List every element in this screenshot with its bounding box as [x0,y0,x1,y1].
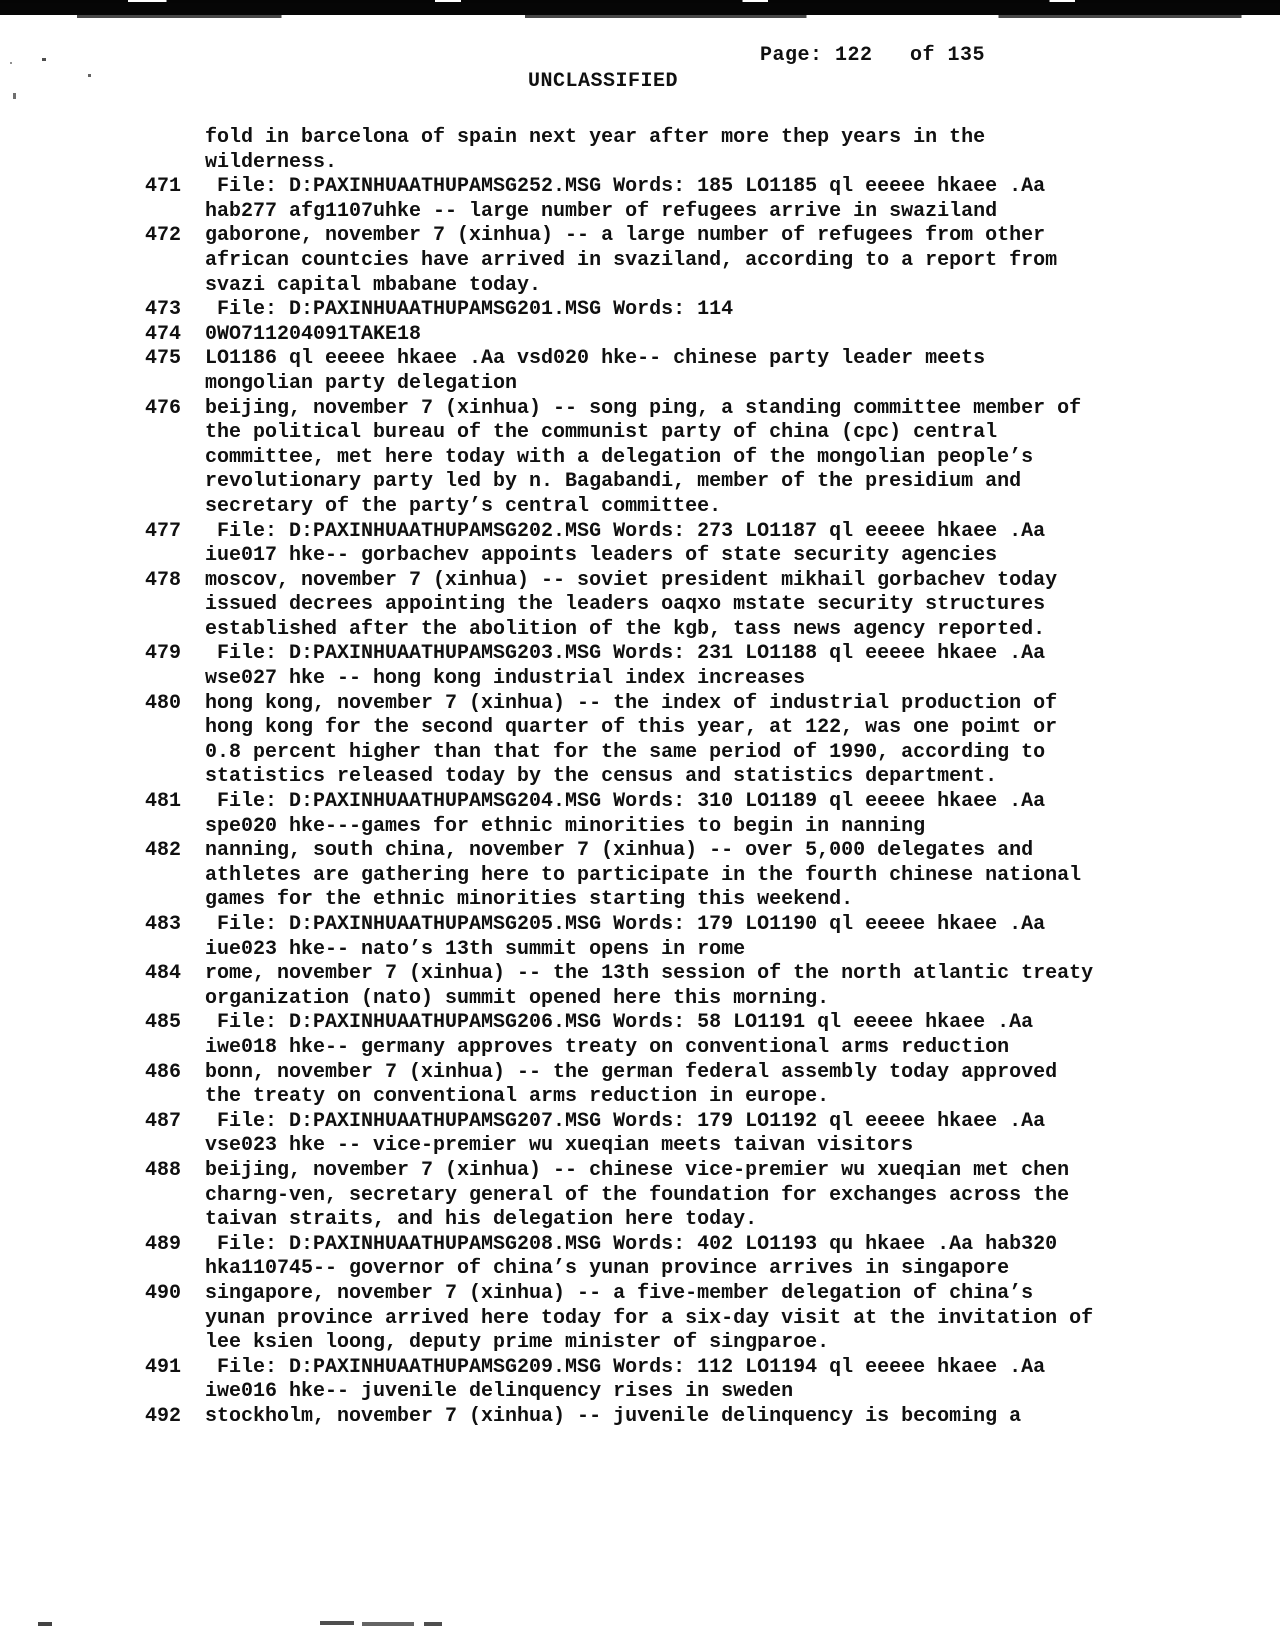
doc-line-text: established after the abolition of the k… [205,618,1045,643]
doc-line: committee, met here today with a delegat… [0,446,1280,471]
doc-line: taivan straits, and his delegation here … [0,1208,1280,1233]
doc-line-text: iue023 hke-- nato’s 13th summit opens in… [205,938,745,963]
doc-line: iue017 hke-- gorbachev appoints leaders … [0,544,1280,569]
doc-line-number: 488 [145,1159,205,1184]
doc-line: 486bonn, november 7 (xinhua) -- the germ… [0,1061,1280,1086]
doc-line-text: secretary of the party’s central committ… [205,495,721,520]
doc-line-text: iwe018 hke-- germany approves treaty on … [205,1036,1009,1061]
doc-line: 487 File: D:PAXINHUAATHUPAMSG207.MSG Wor… [0,1110,1280,1135]
doc-line-number [145,446,205,471]
doc-line-text: the treaty on conventional arms reductio… [205,1085,829,1110]
doc-line-number [145,470,205,495]
doc-line: statistics released today by the census … [0,765,1280,790]
doc-line-number [145,544,205,569]
classification-label: UNCLASSIFIED [528,70,678,93]
doc-line: fold in barcelona of spain next year aft… [0,126,1280,151]
doc-line-text: mongolian party delegation [205,372,517,397]
doc-line-text: hong kong, november 7 (xinhua) -- the in… [205,692,1057,717]
doc-line-text: hab277 afg1107uhke -- large number of re… [205,200,997,225]
doc-line-number [145,1257,205,1282]
doc-line-number: 473 [145,298,205,323]
doc-line: the political bureau of the communist pa… [0,421,1280,446]
doc-line-number [145,618,205,643]
doc-line: 492stockholm, november 7 (xinhua) -- juv… [0,1405,1280,1430]
doc-line: 485 File: D:PAXINHUAATHUPAMSG206.MSG Wor… [0,1011,1280,1036]
doc-line-number: 491 [145,1356,205,1381]
doc-line-text: revolutionary party led by n. Bagabandi,… [205,470,1021,495]
doc-line-text: organization (nato) summit opened here t… [205,987,829,1012]
doc-line: hong kong for the second quarter of this… [0,716,1280,741]
doc-line-text: hka110745-- governor of china’s yunan pr… [205,1257,1009,1282]
doc-line-number: 475 [145,347,205,372]
doc-line-number [145,1208,205,1233]
scan-speck [10,62,12,64]
doc-line: issued decrees appointing the leaders oa… [0,593,1280,618]
doc-line-text: spe020 hke---games for ethnic minorities… [205,815,925,840]
doc-line-number [145,864,205,889]
doc-line-number [145,1331,205,1356]
doc-line-text: beijing, november 7 (xinhua) -- song pin… [205,397,1081,422]
doc-line-number [145,987,205,1012]
doc-line-text: hong kong for the second quarter of this… [205,716,1057,741]
doc-line-number [145,593,205,618]
doc-line-number [145,1134,205,1159]
doc-line-text: lee ksien loong, deputy prime minister o… [205,1331,829,1356]
scan-speck [42,58,46,61]
scan-speck [13,93,16,99]
doc-line: the treaty on conventional arms reductio… [0,1085,1280,1110]
doc-line-number: 476 [145,397,205,422]
doc-line-number [145,741,205,766]
doc-line-text: File: D:PAXINHUAATHUPAMSG201.MSG Words: … [205,298,733,323]
doc-line: iwe016 hke-- juvenile delinquency rises … [0,1380,1280,1405]
doc-line-number: 490 [145,1282,205,1307]
scan-speck [424,1622,442,1626]
doc-line: 491 File: D:PAXINHUAATHUPAMSG209.MSG Wor… [0,1356,1280,1381]
doc-line: spe020 hke---games for ethnic minorities… [0,815,1280,840]
doc-line-number: 489 [145,1233,205,1258]
doc-line: 482nanning, south china, november 7 (xin… [0,839,1280,864]
doc-line-number [145,151,205,176]
doc-line-number [145,667,205,692]
doc-line-number [145,815,205,840]
doc-line-text: committee, met here today with a delegat… [205,446,1033,471]
doc-line: 478moscov, november 7 (xinhua) -- soviet… [0,569,1280,594]
doc-line-number [145,716,205,741]
doc-line-text: stockholm, november 7 (xinhua) -- juveni… [205,1405,1021,1430]
doc-line: wse027 hke -- hong kong industrial index… [0,667,1280,692]
doc-line-number: 492 [145,1405,205,1430]
doc-line: african countcies have arrived in svazil… [0,249,1280,274]
doc-line-text: vse023 hke -- vice-premier wu xueqian me… [205,1134,913,1159]
doc-line-number [145,249,205,274]
doc-line: 473 File: D:PAXINHUAATHUPAMSG201.MSG Wor… [0,298,1280,323]
scan-edge-top [0,2,1280,15]
doc-line: secretary of the party’s central committ… [0,495,1280,520]
doc-line: vse023 hke -- vice-premier wu xueqian me… [0,1134,1280,1159]
doc-line-number: 471 [145,175,205,200]
doc-line: hab277 afg1107uhke -- large number of re… [0,200,1280,225]
doc-line: 490singapore, november 7 (xinhua) -- a f… [0,1282,1280,1307]
doc-line-text: File: D:PAXINHUAATHUPAMSG252.MSG Words: … [205,175,1045,200]
doc-line: 476beijing, november 7 (xinhua) -- song … [0,397,1280,422]
scan-speck [362,1622,414,1626]
doc-line: 484rome, november 7 (xinhua) -- the 13th… [0,962,1280,987]
scan-speck [320,1621,354,1625]
doc-line-number [145,1036,205,1061]
doc-line-number: 485 [145,1011,205,1036]
doc-line-number: 484 [145,962,205,987]
scan-speck [38,1622,52,1626]
doc-line: 479 File: D:PAXINHUAATHUPAMSG203.MSG Wor… [0,642,1280,667]
doc-line: 475LO1186 ql eeeee hkaee .Aa vsd020 hke-… [0,347,1280,372]
doc-line: revolutionary party led by n. Bagabandi,… [0,470,1280,495]
doc-line-number [145,1184,205,1209]
doc-line: yunan province arrived here today for a … [0,1307,1280,1332]
doc-line-text: games for the ethnic minorities starting… [205,888,853,913]
doc-line-text: singapore, november 7 (xinhua) -- a five… [205,1282,1033,1307]
doc-line: 472gaborone, november 7 (xinhua) -- a la… [0,224,1280,249]
doc-line-number: 486 [145,1061,205,1086]
doc-line-number [145,200,205,225]
doc-line-text: iwe016 hke-- juvenile delinquency rises … [205,1380,793,1405]
doc-line-number [145,888,205,913]
doc-line-number [145,126,205,151]
doc-line-text: gaborone, november 7 (xinhua) -- a large… [205,224,1045,249]
doc-line: 471 File: D:PAXINHUAATHUPAMSG252.MSG Wor… [0,175,1280,200]
doc-line: established after the abolition of the k… [0,618,1280,643]
doc-line-text: issued decrees appointing the leaders oa… [205,593,1045,618]
doc-line: 489 File: D:PAXINHUAATHUPAMSG208.MSG Wor… [0,1233,1280,1258]
doc-line-text: statistics released today by the census … [205,765,997,790]
doc-line-text: beijing, november 7 (xinhua) -- chinese … [205,1159,1069,1184]
doc-line-text: 0WO711204091TAKE18 [205,323,421,348]
doc-line-number [145,372,205,397]
doc-line-text: moscov, november 7 (xinhua) -- soviet pr… [205,569,1057,594]
doc-line-number: 472 [145,224,205,249]
doc-line-text: LO1186 ql eeeee hkaee .Aa vsd020 hke-- c… [205,347,985,372]
doc-line-number: 479 [145,642,205,667]
doc-line: 0.8 percent higher than that for the sam… [0,741,1280,766]
doc-line: organization (nato) summit opened here t… [0,987,1280,1012]
doc-line-text: File: D:PAXINHUAATHUPAMSG202.MSG Words: … [205,520,1045,545]
doc-line-text: charng-ven, secretary general of the fou… [205,1184,1069,1209]
doc-line-number: 483 [145,913,205,938]
doc-line-text: File: D:PAXINHUAATHUPAMSG204.MSG Words: … [205,790,1045,815]
doc-line: 477 File: D:PAXINHUAATHUPAMSG202.MSG Wor… [0,520,1280,545]
document-lines: fold in barcelona of spain next year aft… [0,126,1280,1429]
doc-line-number: 478 [145,569,205,594]
doc-line-text: nanning, south china, november 7 (xinhua… [205,839,1033,864]
doc-line-text: 0.8 percent higher than that for the sam… [205,741,1045,766]
doc-line-text: athletes are gathering here to participa… [205,864,1081,889]
doc-line: wilderness. [0,151,1280,176]
doc-line-number: 477 [145,520,205,545]
doc-line-text: fold in barcelona of spain next year aft… [205,126,985,151]
doc-line-text: iue017 hke-- gorbachev appoints leaders … [205,544,997,569]
doc-line-text: yunan province arrived here today for a … [205,1307,1093,1332]
doc-line: hka110745-- governor of china’s yunan pr… [0,1257,1280,1282]
doc-line-number [145,1085,205,1110]
doc-line: 483 File: D:PAXINHUAATHUPAMSG205.MSG Wor… [0,913,1280,938]
doc-line: 488beijing, november 7 (xinhua) -- chine… [0,1159,1280,1184]
doc-line: lee ksien loong, deputy prime minister o… [0,1331,1280,1356]
doc-line: athletes are gathering here to participa… [0,864,1280,889]
doc-line-text: bonn, november 7 (xinhua) -- the german … [205,1061,1057,1086]
doc-line-text: File: D:PAXINHUAATHUPAMSG208.MSG Words: … [205,1233,1057,1258]
doc-line-text: wilderness. [205,151,337,176]
doc-line-text: File: D:PAXINHUAATHUPAMSG207.MSG Words: … [205,1110,1045,1135]
doc-line-number [145,938,205,963]
doc-line-number [145,1307,205,1332]
doc-line-text: File: D:PAXINHUAATHUPAMSG209.MSG Words: … [205,1356,1045,1381]
doc-line-text: svazi capital mbabane today. [205,274,541,299]
doc-line-text: File: D:PAXINHUAATHUPAMSG203.MSG Words: … [205,642,1045,667]
doc-line: charng-ven, secretary general of the fou… [0,1184,1280,1209]
doc-line: 4740WO711204091TAKE18 [0,323,1280,348]
doc-line-number [145,495,205,520]
doc-line-number [145,1380,205,1405]
doc-line-number: 487 [145,1110,205,1135]
doc-line-text: rome, november 7 (xinhua) -- the 13th se… [205,962,1093,987]
doc-line-text: the political bureau of the communist pa… [205,421,997,446]
doc-line-number: 482 [145,839,205,864]
page-number-label: Page: 122 of 135 [760,44,985,67]
doc-line: games for the ethnic minorities starting… [0,888,1280,913]
doc-line-number [145,274,205,299]
doc-line: mongolian party delegation [0,372,1280,397]
doc-line: svazi capital mbabane today. [0,274,1280,299]
doc-line: 480hong kong, november 7 (xinhua) -- the… [0,692,1280,717]
scan-speck [88,74,91,77]
doc-line: iwe018 hke-- germany approves treaty on … [0,1036,1280,1061]
doc-line-number [145,421,205,446]
doc-line-number: 474 [145,323,205,348]
doc-line: iue023 hke-- nato’s 13th summit opens in… [0,938,1280,963]
doc-line-number [145,765,205,790]
doc-line-number: 480 [145,692,205,717]
doc-line-number: 481 [145,790,205,815]
doc-line-text: wse027 hke -- hong kong industrial index… [205,667,805,692]
doc-line-text: File: D:PAXINHUAATHUPAMSG206.MSG Words: … [205,1011,1033,1036]
doc-line-text: taivan straits, and his delegation here … [205,1208,757,1233]
doc-line-text: african countcies have arrived in svazil… [205,249,1057,274]
doc-line: 481 File: D:PAXINHUAATHUPAMSG204.MSG Wor… [0,790,1280,815]
doc-line-text: File: D:PAXINHUAATHUPAMSG205.MSG Words: … [205,913,1045,938]
